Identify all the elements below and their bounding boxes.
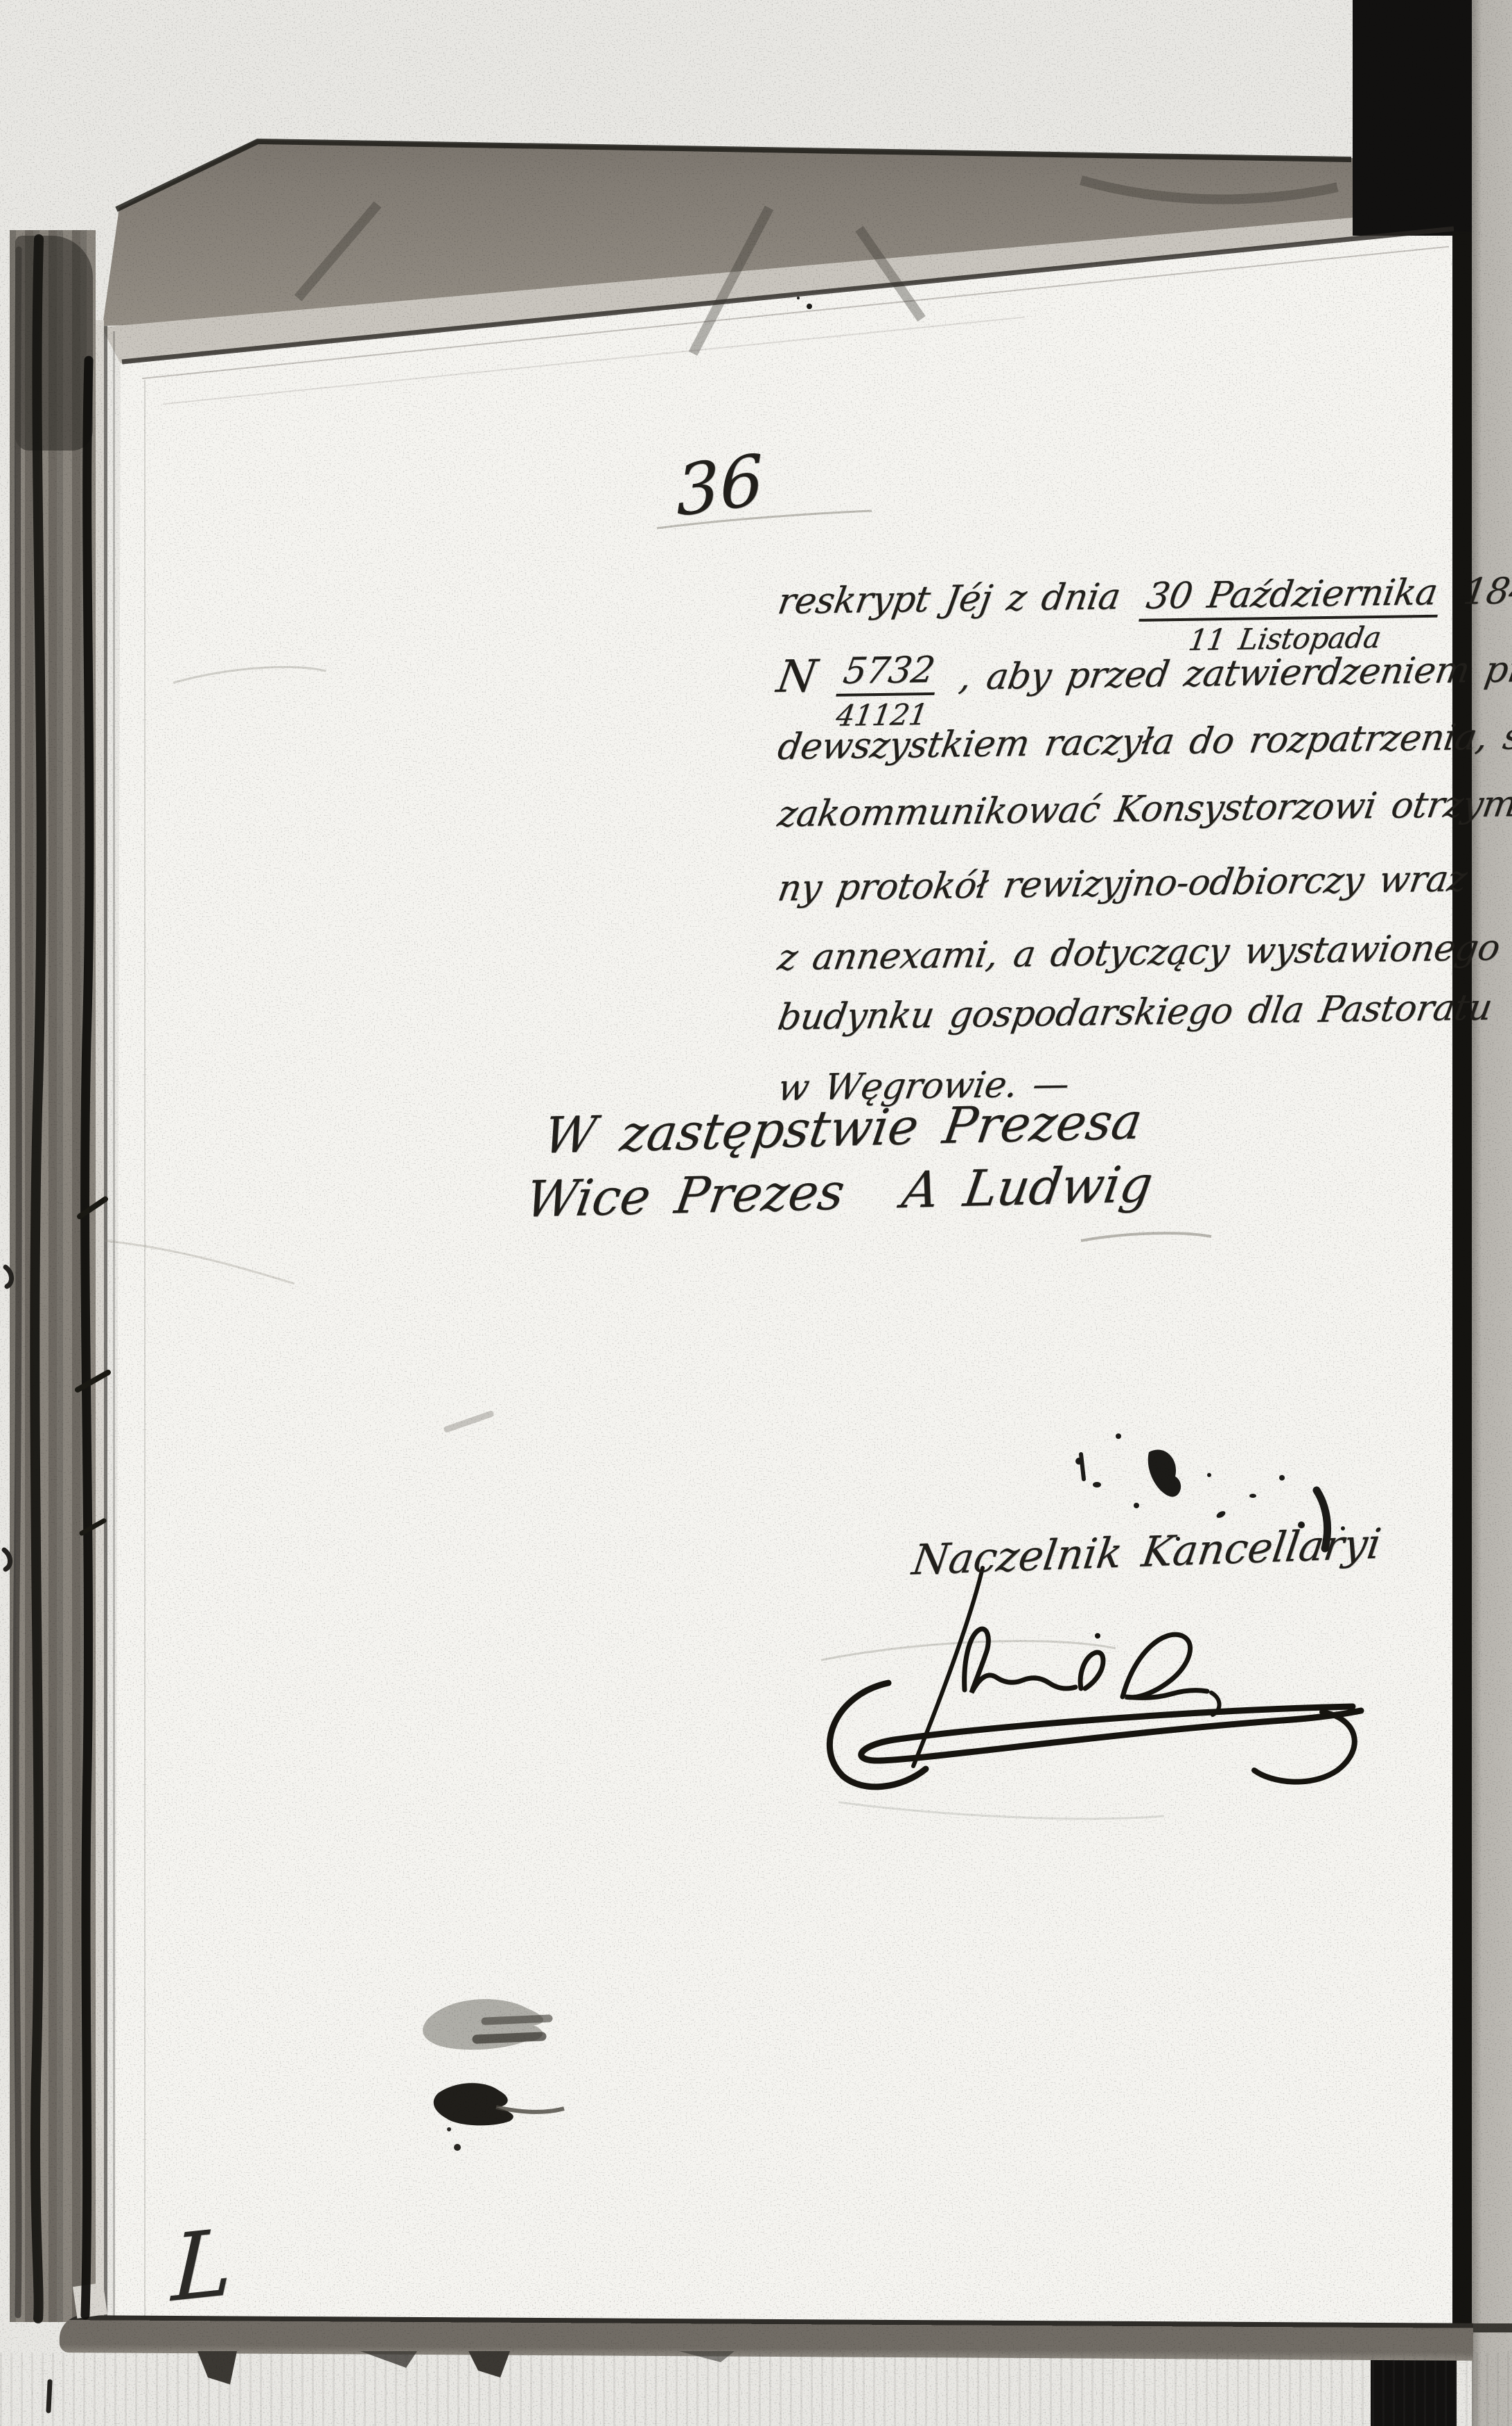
archival-manuscript-scan: 36 reskrypt Jéj z dnia 30 Października 1…	[0, 0, 1512, 2426]
number-numerator: 5732	[836, 649, 942, 697]
vice-president-role: Wice Prezes	[522, 1162, 848, 1229]
folio-number: 36	[675, 439, 765, 532]
bottom-left-corner-notch	[73, 2283, 107, 2319]
binding-dark-patch	[15, 236, 93, 451]
line1-text: reskrypt Jéj z dnia	[775, 576, 1123, 622]
bottom-left-letter-mark: L	[170, 2209, 235, 2323]
page-gutter-shadow	[1452, 232, 1473, 2336]
document-number-label: N	[773, 651, 820, 703]
bottom-edge-continuation	[1472, 2323, 1512, 2332]
line2-text: , aby przed zatwierdzeniem prze-	[956, 648, 1512, 699]
document-number: 5732 41121	[829, 649, 941, 733]
page-fold-line	[104, 326, 107, 2322]
date-julian: 30 Października	[1139, 572, 1445, 622]
page-fold-line-faint	[113, 331, 115, 2319]
year: 1848 r.	[1461, 570, 1512, 613]
page-inner-hairline-left	[144, 380, 146, 2317]
adjacent-page-strip	[1472, 0, 1512, 2426]
scan-void-top-right	[1353, 0, 1477, 236]
binding-fold-gap	[96, 320, 104, 2322]
vice-president-signature: A Ludwig	[899, 1155, 1157, 1219]
scanbed-streaks	[0, 2353, 1512, 2426]
left-binding-strip	[10, 230, 96, 2322]
